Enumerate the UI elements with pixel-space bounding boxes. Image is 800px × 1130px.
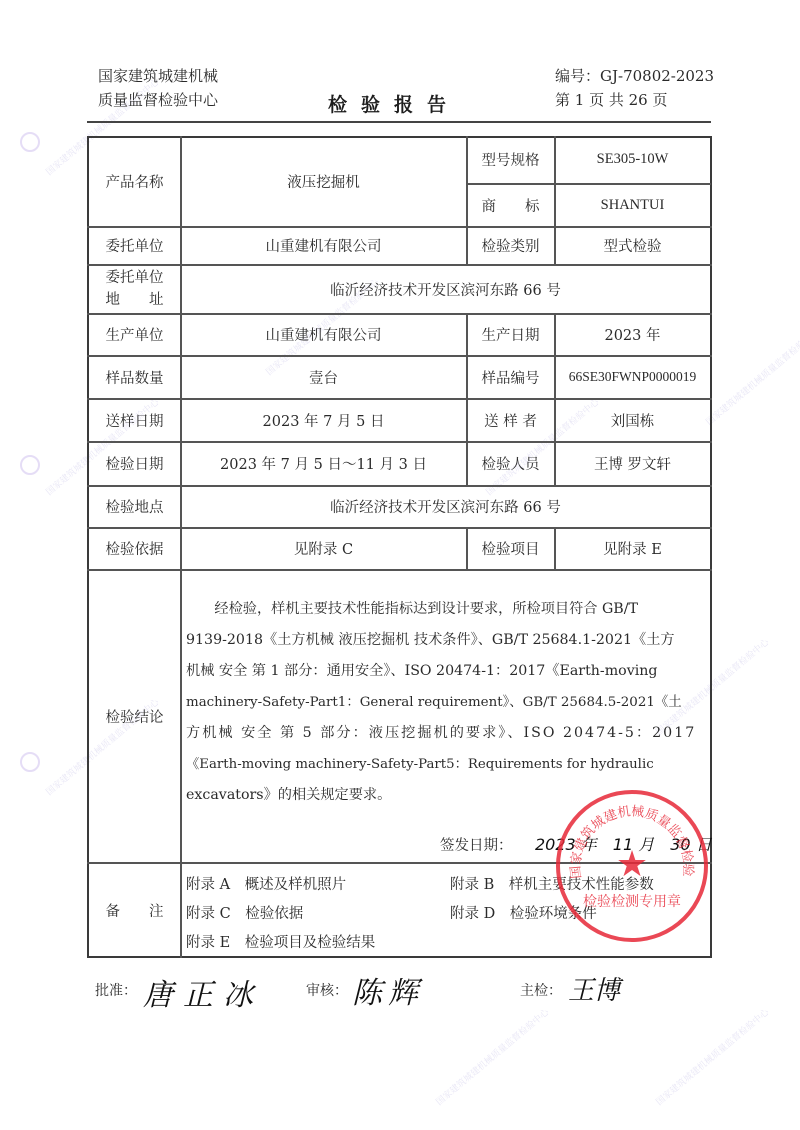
production-date-value: 2023 年 [555, 314, 710, 355]
org-line-1: 国家建筑城建机械 [98, 64, 218, 88]
approve-label: 批准： [95, 980, 137, 1000]
report-meta: 编号：GJ-70802-2023 第 1 页 共 26 页 [555, 64, 714, 112]
deliverer-value: 刘国栋 [555, 399, 710, 441]
inspection-date-label: 检验日期 [89, 442, 180, 485]
conclusion-label: 检验结论 [89, 570, 180, 862]
conclusion-line: 9139-2018《土方机械 液压挖掘机 技术条件》、GB/T 25684.1-… [186, 625, 704, 656]
inspectors-value: 王博 罗文轩 [555, 442, 710, 485]
inspection-type-value: 型式检验 [555, 227, 710, 264]
conclusion-line: 机械 安全 第 1 部分：通用安全》、ISO 20474-1：2017《Eart… [186, 656, 704, 687]
client-label: 委托单位 [89, 227, 180, 264]
notes-label: 备 注 [89, 863, 180, 957]
items-value: 见附录 E [555, 528, 710, 569]
manufacturer-label: 生产单位 [89, 314, 180, 355]
model-value: SE305-10W [555, 136, 710, 183]
client-address-label: 委托单位 地 址 [89, 265, 180, 313]
client-address-value: 临沂经济技术开发区滨河东路 66 号 [181, 265, 710, 313]
chief-label: 主检： [520, 980, 562, 1000]
note-text: 概述及样机照片 [245, 877, 347, 893]
seal-graphic: 国家建筑城建机械质量监督检验中心 ★ 检验检测专用章 [560, 794, 704, 938]
basis-value: 见附录 C [181, 528, 466, 569]
inspectors-label: 检验人员 [467, 442, 554, 485]
sample-no-value: 66SE30FWNP0000019 [555, 356, 710, 398]
approve-signature: 唐正冰 [143, 970, 263, 1014]
note-text: 检验依据 [245, 906, 303, 922]
brand-label: 商 标 [467, 184, 554, 226]
inspection-type-label: 检验类别 [467, 227, 554, 264]
chief-signature: 王博 [568, 970, 620, 1007]
review-signature: 陈辉 [352, 968, 424, 1012]
client-address-label-line1: 委托单位 [106, 267, 164, 289]
inspection-date-value: 2023 年 7 月 5 日～11 月 3 日 [181, 442, 466, 485]
note-code: 附录 C [186, 906, 231, 922]
delivery-date-label: 送样日期 [89, 399, 180, 441]
conclusion-line: 《Earth-moving machinery-Safety-Part5：Req… [186, 749, 704, 780]
brand-value: SHANTUI [555, 184, 710, 226]
inspection-site-value: 临沂经济技术开发区滨河东路 66 号 [181, 486, 710, 527]
product-name-label: 产品名称 [89, 136, 180, 226]
note-code: 附录 B [450, 877, 494, 893]
note-code: 附录 D [450, 906, 495, 922]
deliverer-label: 送 样 者 [467, 399, 554, 441]
product-name-value: 液压挖掘机 [181, 136, 466, 226]
notes-list-left: 附录 A 概述及样机照片 附录 C 检验依据 附录 E 检验项目及检验结果 [186, 871, 375, 958]
official-seal: 国家建筑城建机械质量监督检验中心 ★ 检验检测专用章 [556, 790, 708, 942]
conclusion-line: machinery-Safety-Part1：General requireme… [186, 687, 704, 718]
note-appendix-c: 附录 C 检验依据 [186, 900, 375, 929]
delivery-date-value: 2023 年 7 月 5 日 [181, 399, 466, 441]
seal-inner-text: 检验检测专用章 [583, 893, 681, 910]
review-label: 审核： [306, 980, 348, 1000]
basis-label: 检验依据 [89, 528, 180, 569]
inspection-site-label: 检验地点 [89, 486, 180, 527]
report-number: 编号：GJ-70802-2023 [555, 64, 714, 88]
sample-no-label: 样品编号 [467, 356, 554, 398]
org-line-2: 质量监督检验中心 [98, 88, 218, 112]
conclusion-line: 经检验，样机主要技术性能指标达到设计要求，所检项目符合 GB/T [186, 594, 704, 625]
model-label: 型号规格 [467, 136, 554, 183]
note-appendix-a: 附录 A 概述及样机照片 [186, 871, 375, 900]
page-info: 第 1 页 共 26 页 [555, 88, 714, 112]
manufacturer-value: 山重建机有限公司 [181, 314, 466, 355]
star-icon: ★ [616, 844, 648, 885]
note-appendix-e: 附录 E 检验项目及检验结果 [186, 929, 375, 958]
conclusion-text: 经检验，样机主要技术性能指标达到设计要求，所检项目符合 GB/T 9139-20… [186, 594, 704, 811]
conclusion-line: 方机械 安全 第 5 部分：液压挖掘机的要求》、ISO 20474-5：2017 [186, 718, 704, 749]
note-code: 附录 A [186, 877, 230, 893]
sample-qty-value: 壹台 [181, 356, 466, 398]
note-code: 附录 E [186, 935, 230, 951]
client-value: 山重建机有限公司 [181, 227, 466, 264]
issue-date-label: 签发日期： [440, 834, 513, 855]
report-title: 检验报告 [328, 90, 460, 117]
sample-qty-label: 样品数量 [89, 356, 180, 398]
production-date-label: 生产日期 [467, 314, 554, 355]
note-text: 检验项目及检验结果 [245, 935, 376, 951]
org-name: 国家建筑城建机械 质量监督检验中心 [98, 64, 218, 112]
items-label: 检验项目 [467, 528, 554, 569]
header-rule [87, 121, 711, 123]
client-address-label-line2: 地 址 [106, 289, 164, 311]
